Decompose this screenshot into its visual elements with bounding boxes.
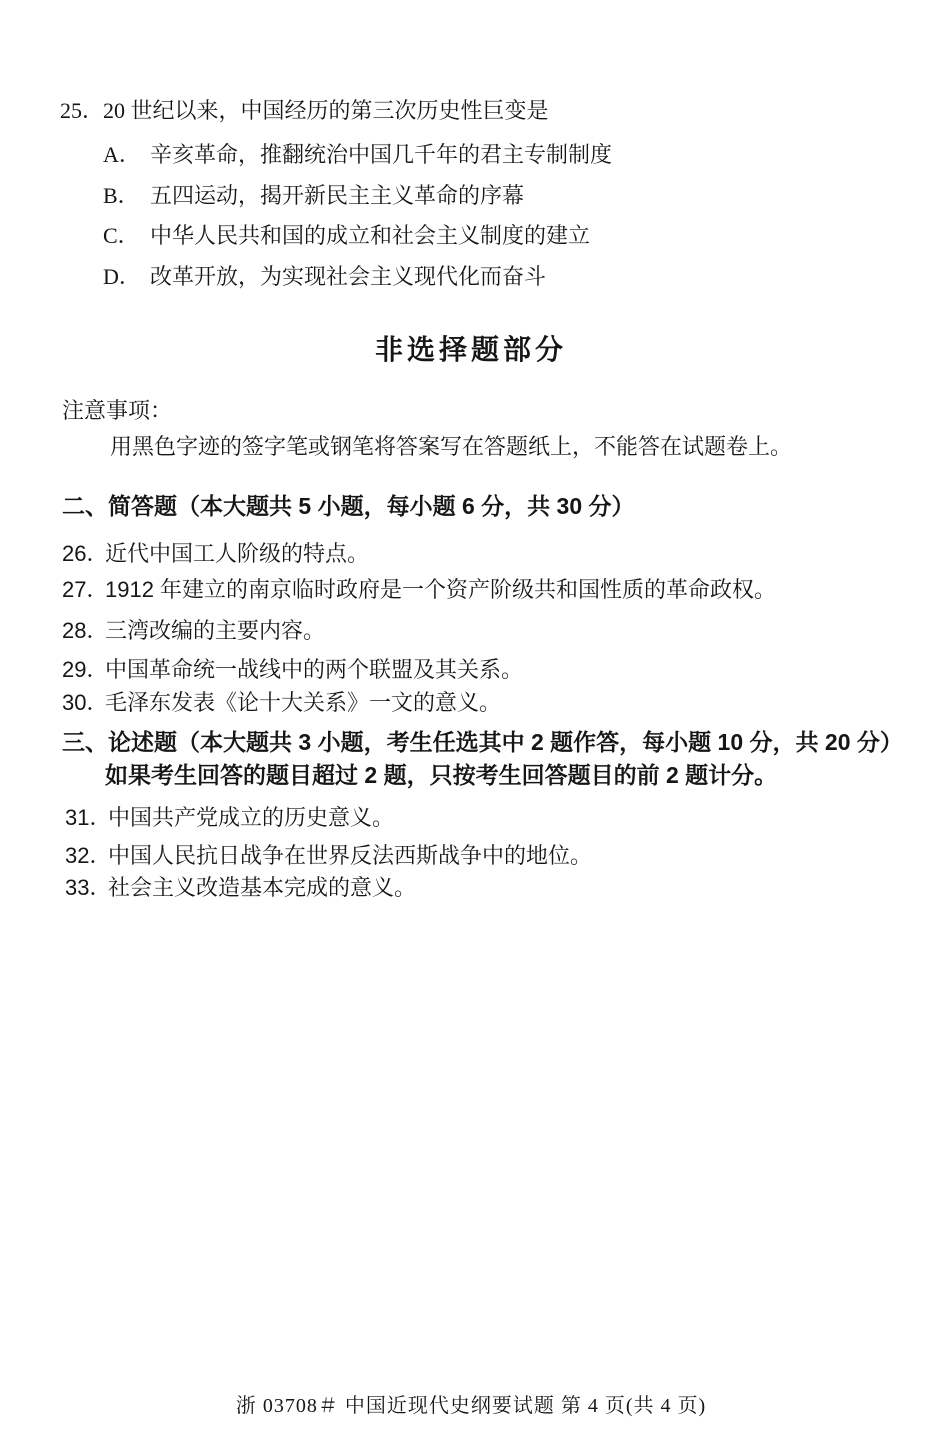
question-26: 26． 近代中国工人阶级的特点。 — [62, 539, 369, 569]
section-three-heading-line1: 三、论述题（本大题共 3 小题，考生任选其中 2 题作答，每小题 10 分，共 … — [62, 727, 903, 757]
option-c-label: C． — [103, 221, 150, 251]
question-32-text: 中国人民抗日战争在世界反法西斯战争中的地位。 — [108, 841, 592, 871]
notes-body: 用黑色字迹的签字笔或钢笔将答案写在答题纸上，不能答在试题卷上。 — [110, 432, 792, 462]
question-25-option-b: B． 五四运动，揭开新民主主义革命的序幕 — [103, 181, 524, 211]
notes-title: 注意事项： — [62, 396, 172, 426]
page-footer: 浙 03708＃ 中国近现代史纲要试题 第 4 页(共 4 页) — [0, 1391, 942, 1421]
question-33: 33． 社会主义改造基本完成的意义。 — [65, 873, 416, 903]
option-b-text: 五四运动，揭开新民主主义革命的序幕 — [150, 181, 524, 211]
section-three-heading-line2: 如果考生回答的题目超过 2 题，只按考生回答题目的前 2 题计分。 — [105, 760, 777, 790]
question-30-number: 30． — [62, 688, 105, 718]
question-28-number: 28． — [62, 616, 105, 646]
question-26-text: 近代中国工人阶级的特点。 — [105, 539, 369, 569]
option-a-label: A． — [103, 140, 150, 170]
question-28-text: 三湾改编的主要内容。 — [105, 616, 325, 646]
question-31-number: 31． — [65, 803, 108, 833]
option-a-text: 辛亥革命，推翻统治中国几千年的君主专制制度 — [150, 140, 612, 170]
question-30: 30． 毛泽东发表《论十大关系》一文的意义。 — [62, 688, 501, 718]
option-b-label: B． — [103, 181, 150, 211]
question-25-option-a: A． 辛亥革命，推翻统治中国几千年的君主专制制度 — [103, 140, 612, 170]
question-25-number: 25． — [60, 96, 103, 126]
section-title: 非选择题部分 — [0, 335, 942, 365]
question-29-number: 29． — [62, 655, 105, 685]
question-29-text: 中国革命统一战线中的两个联盟及其关系。 — [105, 655, 523, 685]
question-26-number: 26． — [62, 539, 105, 569]
question-30-text: 毛泽东发表《论十大关系》一文的意义。 — [105, 688, 501, 718]
option-c-text: 中华人民共和国的成立和社会主义制度的建立 — [150, 221, 590, 251]
option-d-text: 改革开放，为实现社会主义现代化而奋斗 — [150, 262, 546, 292]
question-27-text: 1912 年建立的南京临时政府是一个资产阶级共和国性质的革命政权。 — [105, 575, 776, 605]
question-25: 25． 20 世纪以来，中国经历的第三次历史性巨变是 — [60, 96, 549, 126]
question-33-number: 33． — [65, 873, 108, 903]
question-31: 31． 中国共产党成立的历史意义。 — [65, 803, 394, 833]
question-33-text: 社会主义改造基本完成的意义。 — [108, 873, 416, 903]
question-27: 27． 1912 年建立的南京临时政府是一个资产阶级共和国性质的革命政权。 — [62, 575, 776, 605]
question-32: 32． 中国人民抗日战争在世界反法西斯战争中的地位。 — [65, 841, 592, 871]
question-32-number: 32． — [65, 841, 108, 871]
question-28: 28． 三湾改编的主要内容。 — [62, 616, 325, 646]
section-two-heading: 二、简答题（本大题共 5 小题，每小题 6 分，共 30 分） — [62, 491, 635, 521]
question-31-text: 中国共产党成立的历史意义。 — [108, 803, 394, 833]
question-29: 29． 中国革命统一战线中的两个联盟及其关系。 — [62, 655, 523, 685]
question-25-option-c: C． 中华人民共和国的成立和社会主义制度的建立 — [103, 221, 590, 251]
option-d-label: D． — [103, 262, 150, 292]
exam-paper-page: 25． 20 世纪以来，中国经历的第三次历史性巨变是 A． 辛亥革命，推翻统治中… — [0, 0, 942, 1453]
question-27-number: 27． — [62, 575, 105, 605]
question-25-option-d: D． 改革开放，为实现社会主义现代化而奋斗 — [103, 262, 546, 292]
question-25-text: 20 世纪以来，中国经历的第三次历史性巨变是 — [103, 96, 549, 126]
